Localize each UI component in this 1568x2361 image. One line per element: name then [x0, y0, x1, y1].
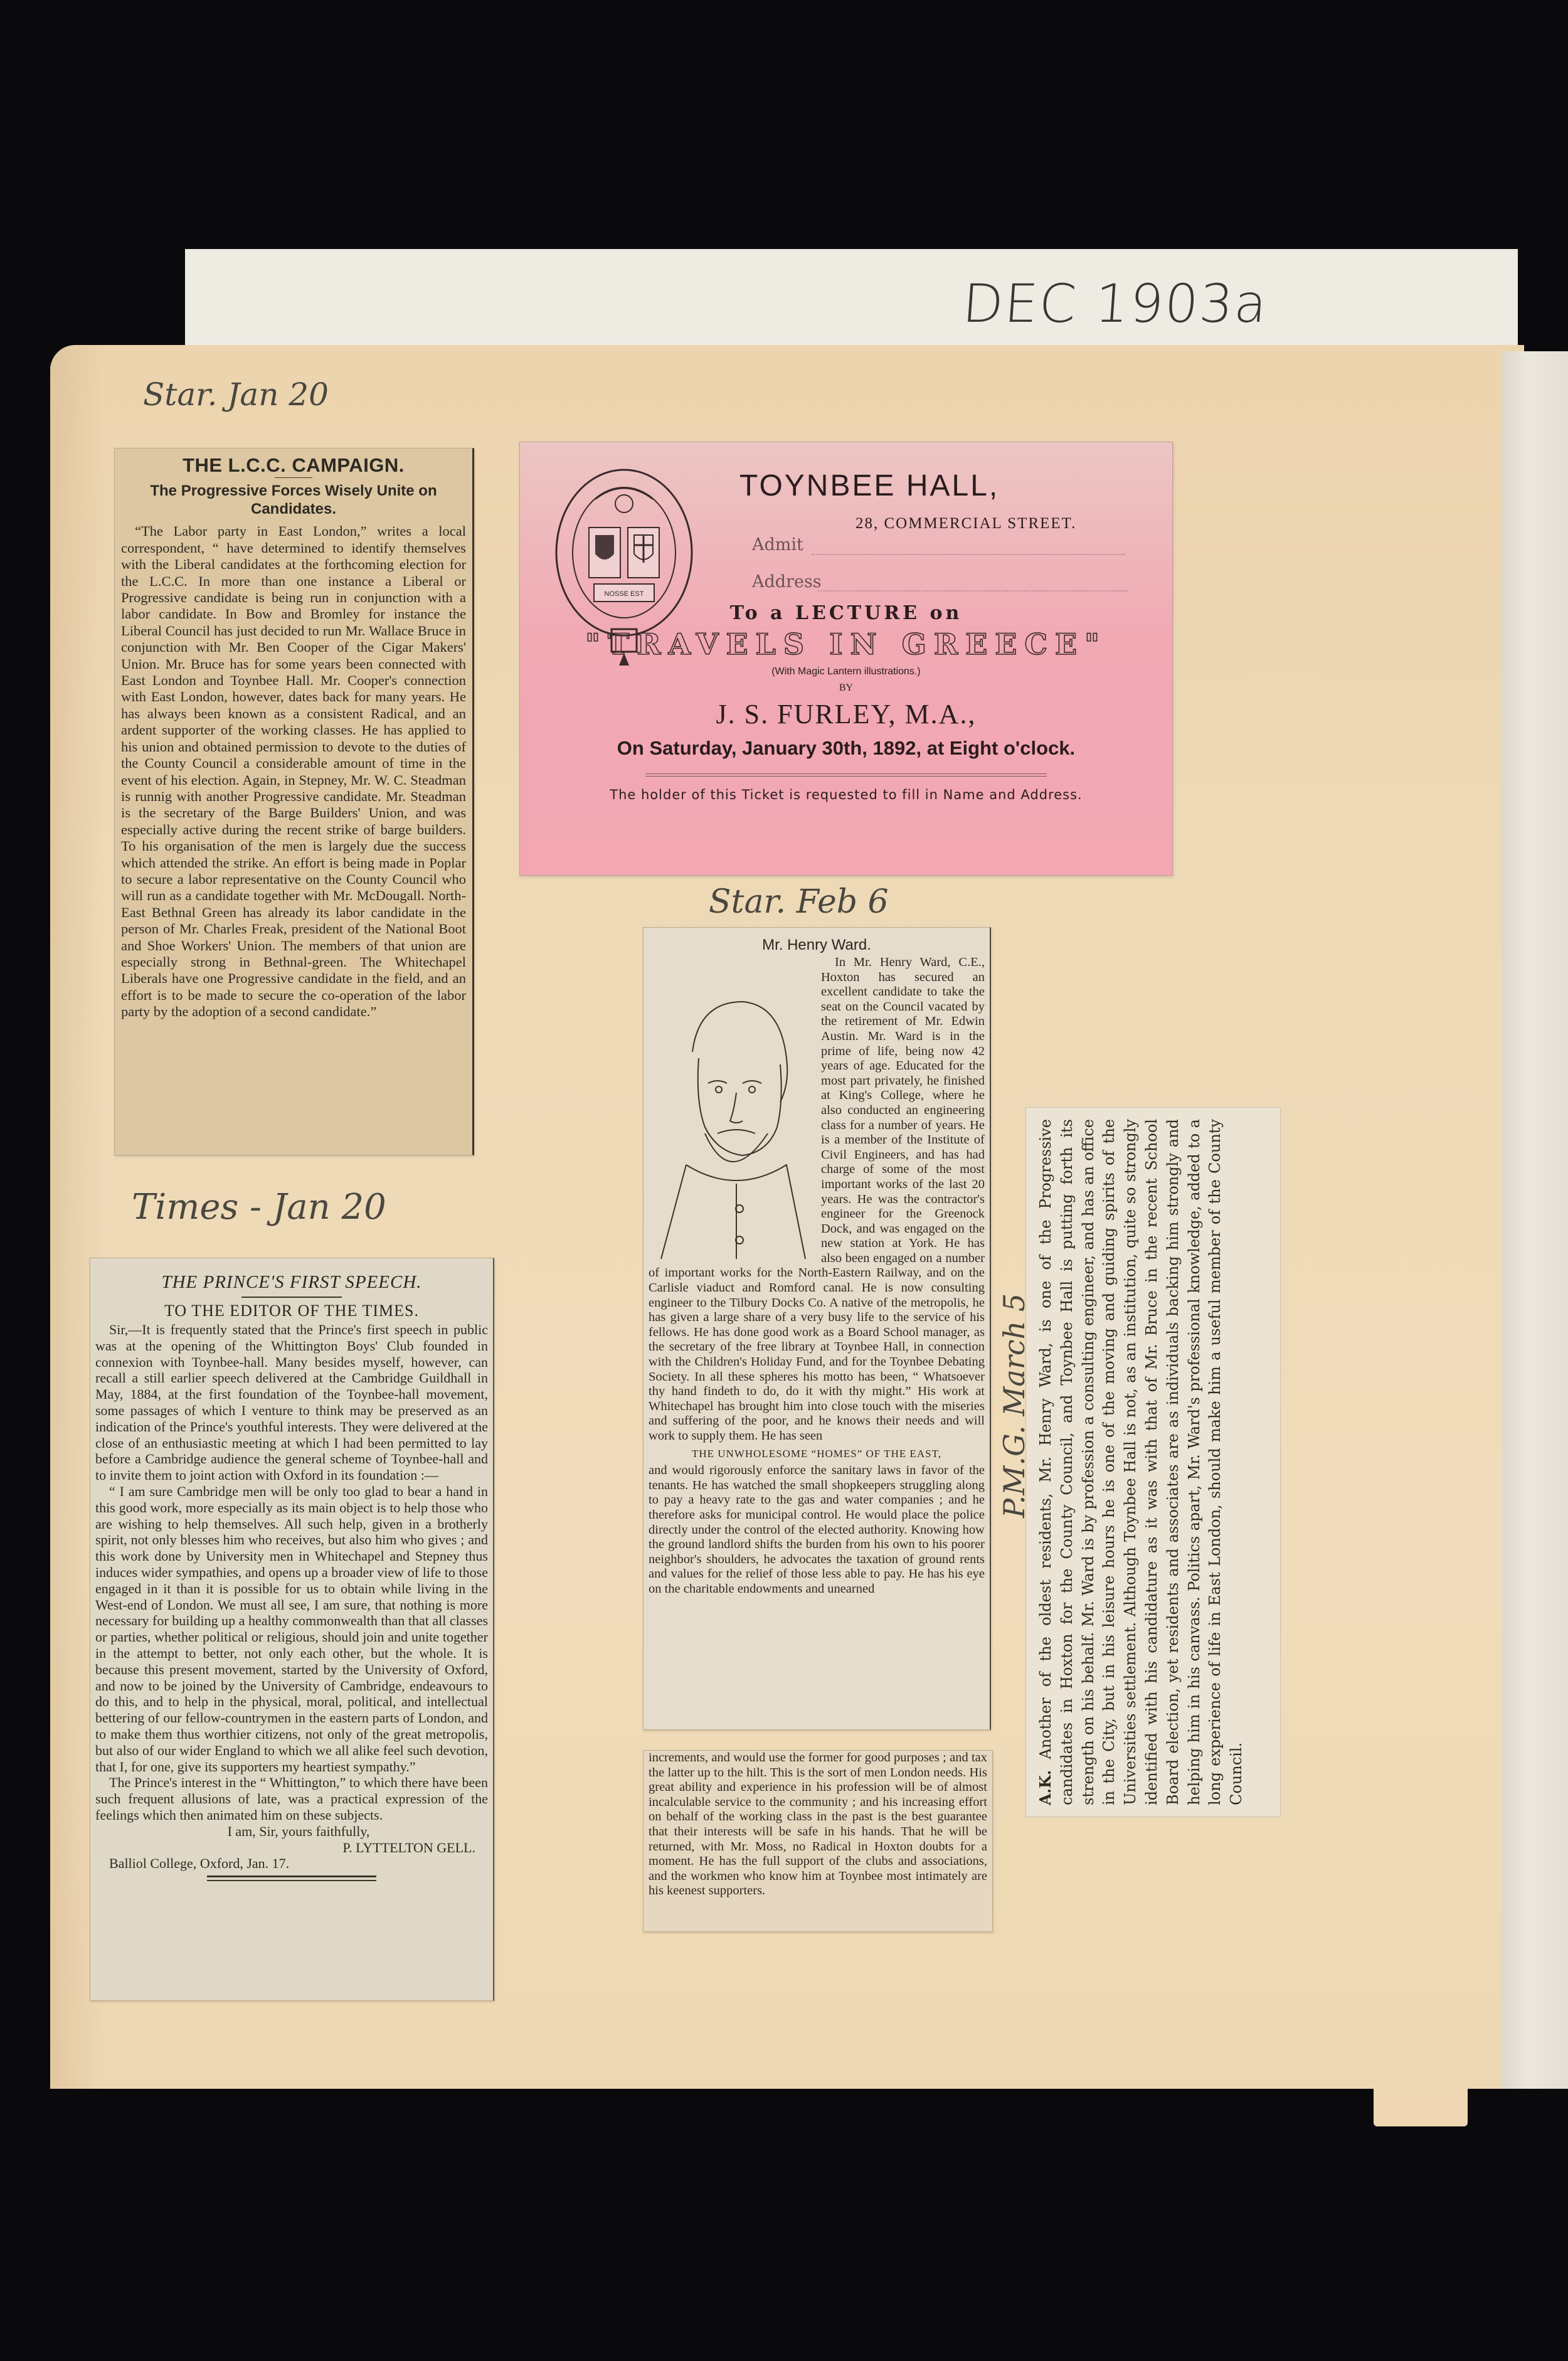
archive-label-text: DEC 1903a [961, 273, 1270, 334]
ticket-footer: The holder of this Ticket is requested t… [520, 787, 1172, 802]
letter-closing: I am, Sir, yours faithfully, [95, 1823, 488, 1840]
ward-subhead: THE UNWHOLESOME “HOMES” OF THE EAST, [649, 1446, 985, 1462]
handwritten-label-times-jan20: Times - Jan 20 [132, 1187, 386, 1228]
clipping-henry-ward-continued: increments, and would use the former for… [643, 1750, 993, 1932]
svg-text:NOSSE EST: NOSSE EST [605, 590, 644, 598]
henry-ward-portrait-icon [649, 958, 815, 1262]
admit-field[interactable] [812, 554, 1125, 555]
clipping-lcc-campaign: THE L.C.C. CAMPAIGN. The Progressive For… [114, 448, 474, 1155]
address-field[interactable] [818, 590, 1128, 592]
clipping-princes-first-speech: THE PRINCE'S FIRST SPEECH. TO THE EDITOR… [90, 1258, 494, 2001]
lecture-title: "TRAVELS IN GREECE" [520, 627, 1172, 661]
clipping-subhead: TO THE EDITOR OF THE TIMES. [95, 1302, 488, 1320]
ward-para-3: increments, and would use the former for… [649, 1751, 987, 1899]
clipping-title: Mr. Henry Ward. [649, 936, 985, 954]
address-label: Address [752, 572, 822, 592]
clipping-body: “The Labor party in East London,” writes… [121, 523, 466, 1020]
letter-para-1: Sir,—It is frequently stated that the Pr… [95, 1322, 488, 1483]
letter-dateline: Balliol College, Oxford, Jan. 17. [95, 1855, 488, 1872]
lecture-date: On Saturday, January 30th, 1892, at Eigh… [520, 737, 1172, 760]
clipping-henry-ward: Mr. Henry Ward. In Mr. Henry Ward, C.E.,… [643, 927, 991, 1730]
lecturer-name: J. S. FURLEY, M.A., [520, 698, 1172, 730]
ticket-address: 28, COMMERCIAL STREET. [856, 515, 1076, 533]
double-rule [207, 1876, 376, 1881]
lecture-ticket: NOSSE EST TOYNBEE HALL, 28, COMMERCIAL S… [519, 442, 1173, 876]
letter-para-2: “ I am sure Cambridge men will be only t… [95, 1483, 488, 1775]
lecture-line: To a LECTURE on [520, 602, 1172, 624]
title-rule [275, 477, 312, 478]
pmg-body: Another of the oldest residents, Mr. Hen… [1037, 1119, 1245, 1805]
letter-para-3: The Prince's interest in the “ Whittingt… [95, 1775, 488, 1823]
ticket-rule [645, 773, 1047, 777]
handwritten-label-star-feb6: Star. Feb 6 [709, 883, 889, 921]
clipping-title: THE L.C.C. CAMPAIGN. [121, 457, 466, 474]
archive-label-strip: DEC 1903a [185, 249, 1518, 350]
clipping-pmg-rotated: A.K. Another of the oldest residents, Mr… [1025, 1107, 1281, 1817]
ornament-rule [241, 1297, 342, 1298]
ward-para-2: and would rigorously enforce the sanitar… [649, 1463, 985, 1596]
admit-label: Admit [752, 535, 803, 554]
annotation-initials: A.K. [1036, 1770, 1054, 1805]
clipping-subtitle: The Progressive Forces Wisely Unite on C… [121, 482, 466, 518]
clipping-title: THE PRINCE'S FIRST SPEECH. [95, 1272, 488, 1293]
letter-signature: P. LYTTELTON GELL. [95, 1840, 488, 1856]
lecture-note: (With Magic Lantern illustrations.) [520, 666, 1172, 677]
by-label: BY [520, 682, 1172, 694]
ticket-venue: TOYNBEE HALL, [739, 469, 999, 503]
next-page-edge [1502, 351, 1568, 2089]
handwritten-label-star-jan20: Star. Jan 20 [143, 376, 329, 413]
page-tab [1374, 2089, 1468, 2126]
